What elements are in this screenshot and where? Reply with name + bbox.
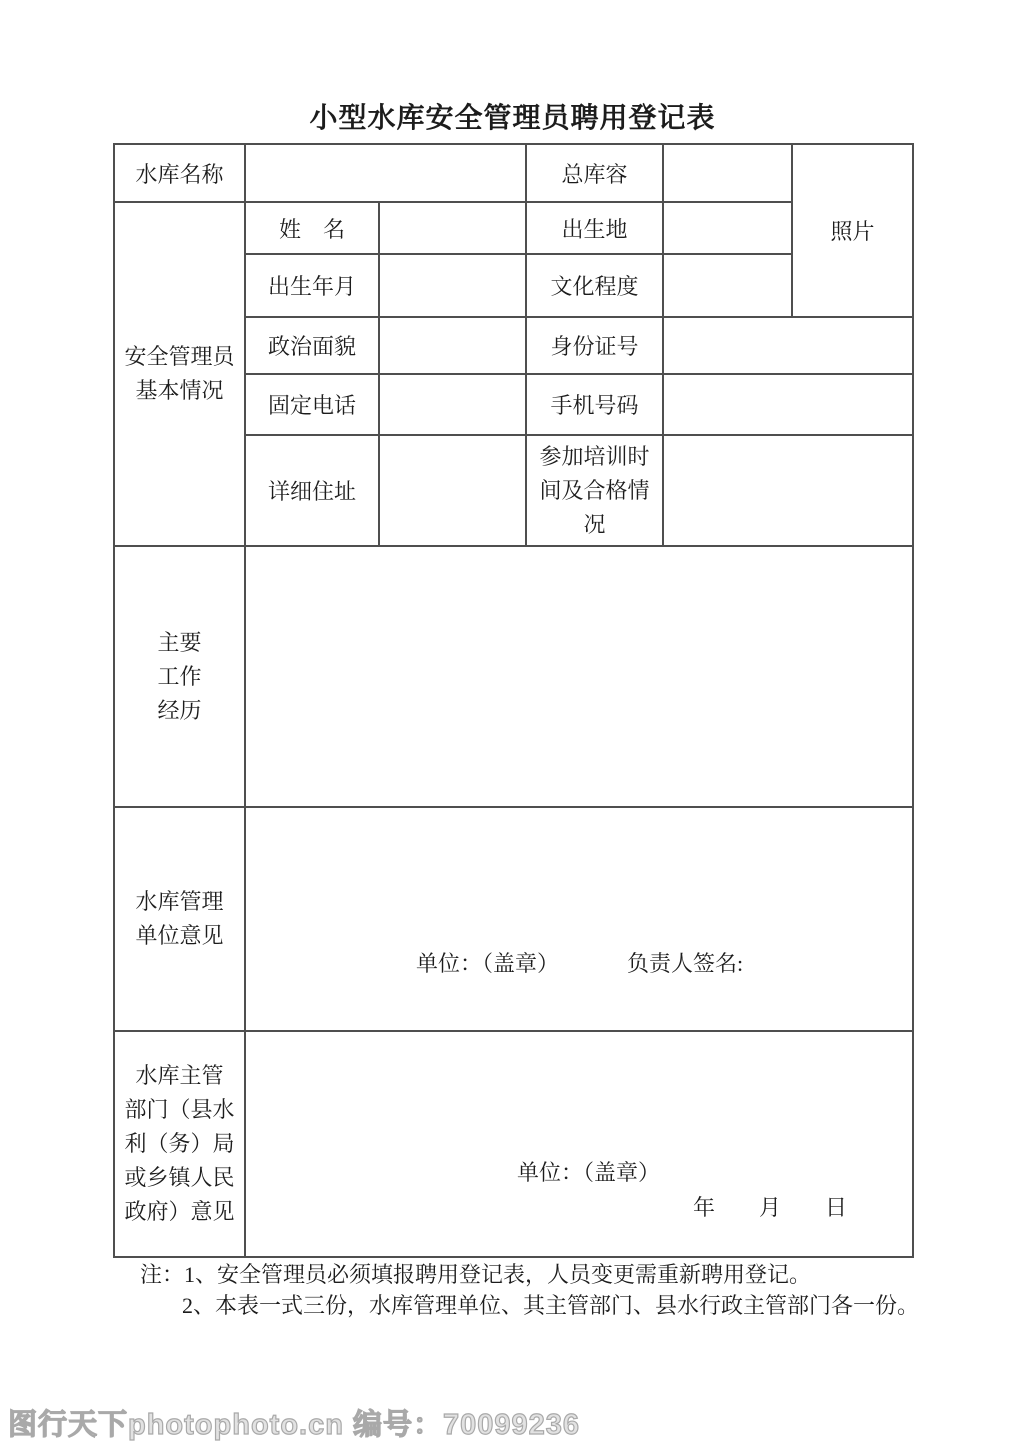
id-number-value: [663, 317, 913, 374]
authority-opinion-label-line: 水库主管: [115, 1059, 244, 1093]
mgmt-unit-stamp-text: 单位：（盖章）: [416, 951, 559, 977]
birthplace-value: [663, 202, 792, 254]
mgmt-unit-signer-text: 负责人签名:: [627, 951, 743, 977]
training-label-line: 况: [527, 508, 662, 542]
page-title: 小型水库安全管理员聘用登记表: [113, 96, 912, 136]
mobile-label: 手机号码: [526, 374, 663, 435]
mgmt-unit-opinion-label-line: 水库管理: [115, 885, 244, 919]
authority-opinion-label-line: 部门（县水: [115, 1093, 244, 1127]
landline-value: [379, 374, 526, 435]
total-capacity-label: 总库容: [526, 144, 663, 202]
birth-date-value: [379, 254, 526, 317]
address-value: [379, 435, 526, 546]
mgmt-unit-opinion-cell: 单位：（盖章） 负责人签名:: [245, 807, 913, 1031]
landline-label: 固定电话: [245, 374, 379, 435]
name-value: [379, 202, 526, 254]
work-experience-label: 主要 工作 经历: [114, 546, 245, 807]
id-number-label: 身份证号: [526, 317, 663, 374]
authority-opinion-label: 水库主管 部门（县水 利（务）局 或乡镇人民 政府）意见: [114, 1031, 245, 1257]
training-value: [663, 435, 913, 546]
authority-opinion-label-line: 利（务）局: [115, 1127, 244, 1161]
political-status-label: 政治面貌: [245, 317, 379, 374]
basic-info-label-line: 基本情况: [115, 374, 244, 408]
mgmt-unit-opinion-label: 水库管理 单位意见: [114, 807, 245, 1031]
authority-date-text: 年 月 日: [693, 1195, 847, 1221]
photo-cell: 照片: [792, 144, 913, 317]
footnote-1: 注：1、安全管理员必须填报聘用登记表，人员变更需重新聘用登记。: [140, 1258, 811, 1289]
work-experience-value: [245, 546, 913, 807]
education-value: [663, 254, 792, 317]
training-label: 参加培训时 间及合格情 况: [526, 435, 663, 546]
education-label: 文化程度: [526, 254, 663, 317]
birth-date-label: 出生年月: [245, 254, 379, 317]
total-capacity-value: [663, 144, 792, 202]
reservoir-name-value: [245, 144, 526, 202]
authority-opinion-cell: 单位：（盖章） 年 月 日: [245, 1031, 913, 1257]
birthplace-label: 出生地: [526, 202, 663, 254]
authority-opinion-label-line: 或乡镇人民: [115, 1161, 244, 1195]
footnote-2: 2、本表一式三份，水库管理单位、其主管部门、县水行政主管部门各一份。: [182, 1289, 919, 1320]
name-label: 姓 名: [245, 202, 379, 254]
work-experience-label-line: 经历: [115, 694, 244, 728]
work-experience-label-line: 工作: [115, 660, 244, 694]
basic-info-label: 安全管理员 基本情况: [114, 202, 245, 546]
address-label: 详细住址: [245, 435, 379, 546]
watermark: 图行天下photophoto.cn 编号：70099236: [8, 1402, 580, 1443]
registration-table: 水库名称 总库容 照片 安全管理员 基本情况 姓 名 出生地 出生年月 文化程度…: [113, 143, 914, 1258]
training-label-line: 间及合格情: [527, 474, 662, 508]
mgmt-unit-opinion-label-line: 单位意见: [115, 919, 244, 953]
political-status-value: [379, 317, 526, 374]
mobile-value: [663, 374, 913, 435]
basic-info-label-line: 安全管理员: [115, 340, 244, 374]
work-experience-label-line: 主要: [115, 626, 244, 660]
authority-opinion-label-line: 政府）意见: [115, 1195, 244, 1229]
authority-stamp-text: 单位：（盖章）: [517, 1160, 660, 1186]
training-label-line: 参加培训时: [527, 440, 662, 474]
reservoir-name-label: 水库名称: [114, 144, 245, 202]
